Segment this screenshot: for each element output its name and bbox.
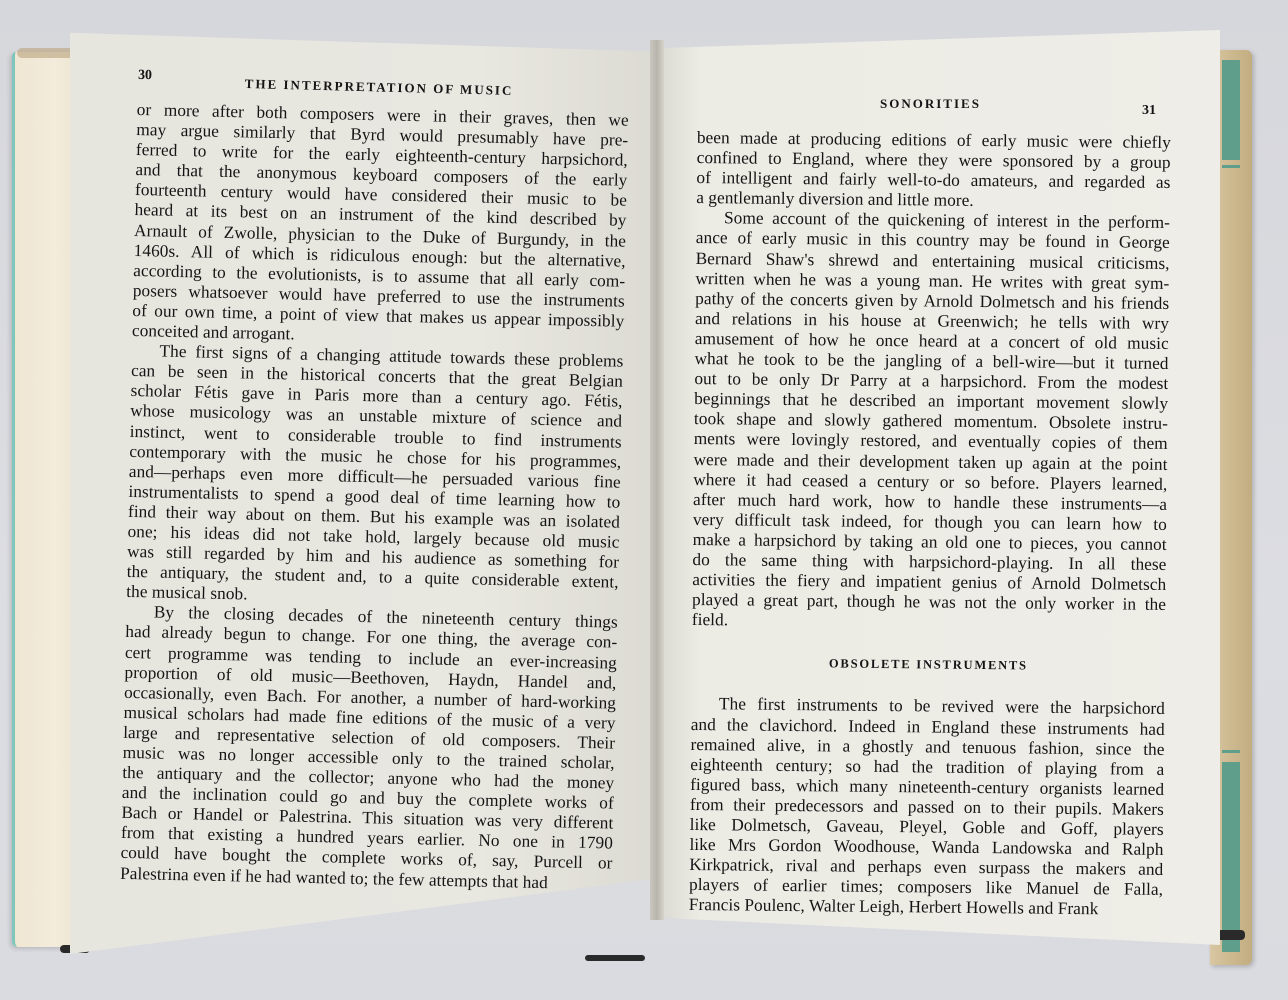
cover-teal-band <box>1222 165 1240 168</box>
page-number-left: 30 <box>138 68 152 84</box>
paragraph: The first signs of a changing attitude t… <box>126 341 624 613</box>
book-gutter <box>650 40 664 920</box>
page-number-right: 31 <box>1142 103 1156 119</box>
paragraph: been made at producing editions of early… <box>696 128 1171 213</box>
cover-teal-band <box>1222 750 1240 753</box>
paragraph: The first instruments to be revived were… <box>689 694 1165 920</box>
paragraph: By the closing decades of the nineteenth… <box>120 602 618 894</box>
right-page-body: been made at producing editions of early… <box>689 128 1171 920</box>
section-heading: OBSOLETE INSTRUMENTS <box>691 652 1165 677</box>
cover-teal-stripe <box>1222 762 1240 952</box>
left-page-body: or more after both composers were in the… <box>120 100 629 894</box>
cover-shadow <box>585 955 645 961</box>
paragraph: or more after both composers were in the… <box>132 100 629 352</box>
paragraph: Some account of the quickening of intere… <box>692 208 1170 635</box>
cover-teal-stripe <box>1222 60 1240 160</box>
running-head-right: SONORITIES <box>880 96 981 112</box>
